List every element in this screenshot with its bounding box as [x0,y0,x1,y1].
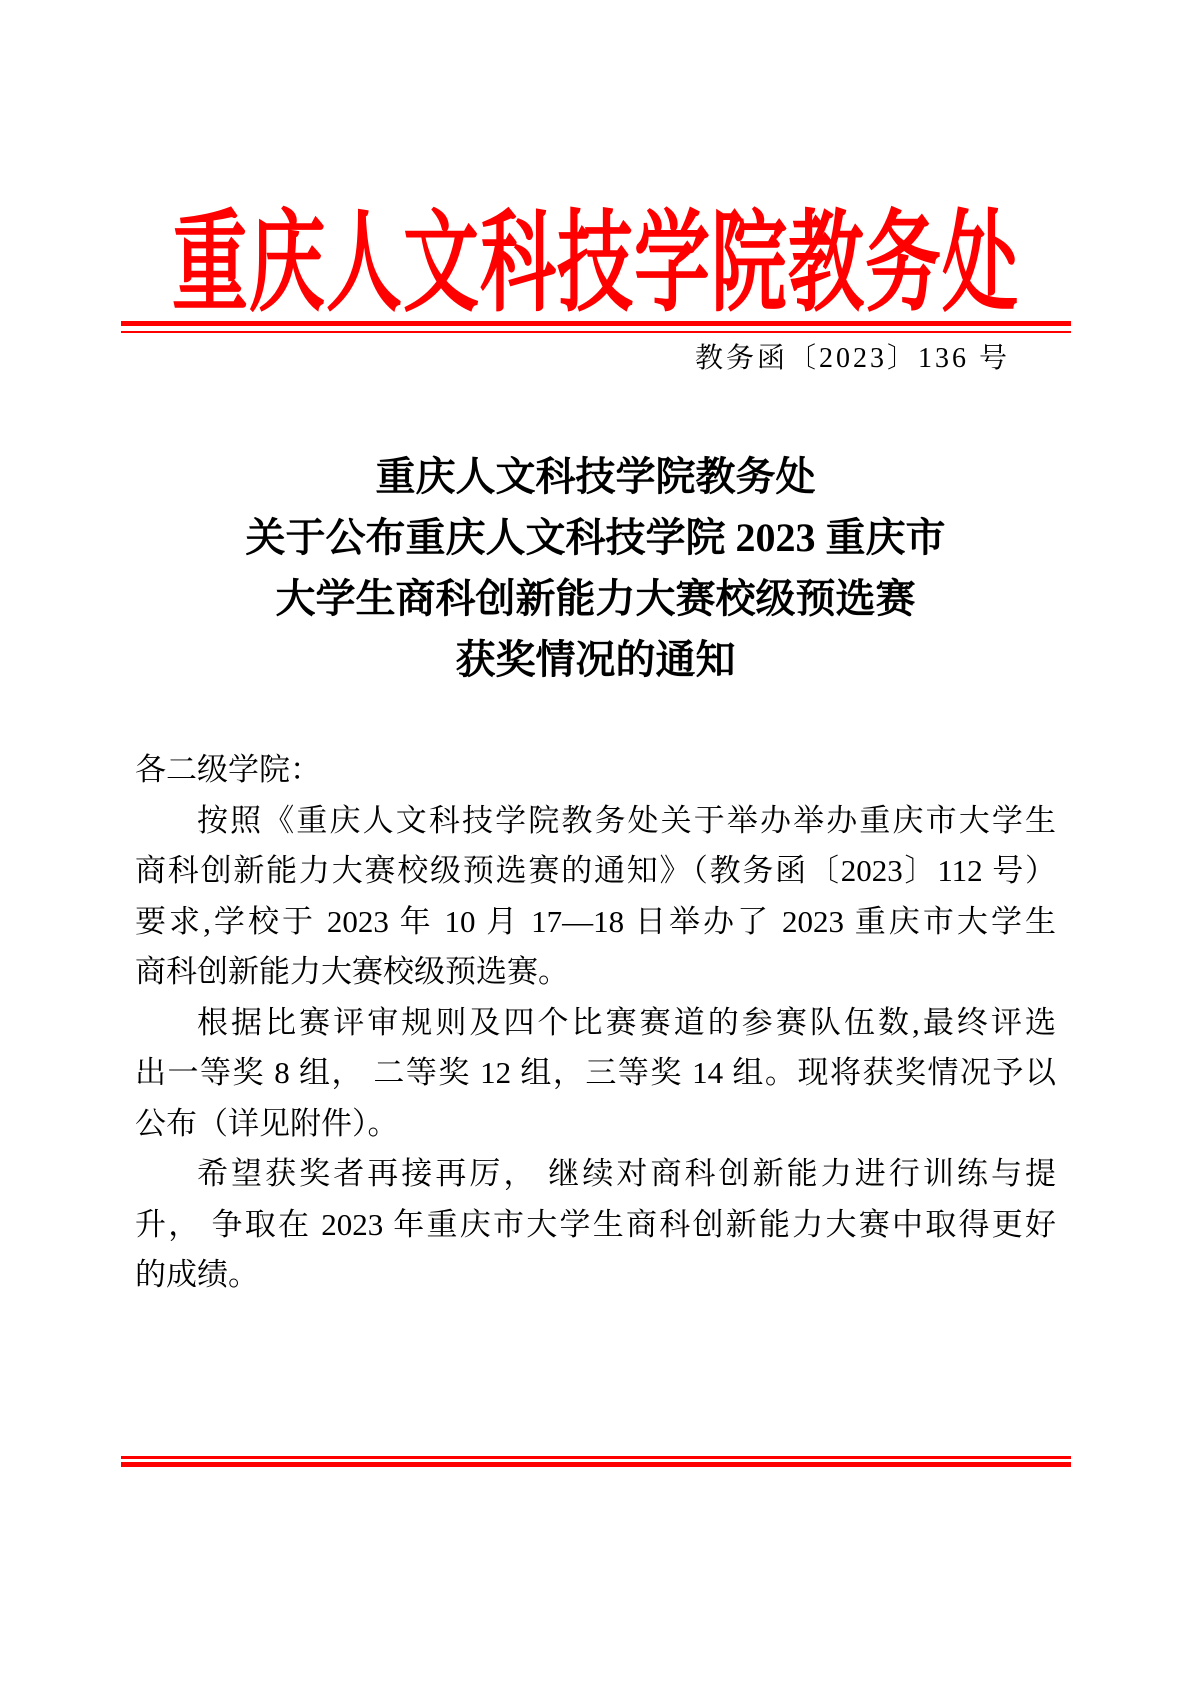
body-line: 希望获奖者再接再厉， 继续对商科创新能力进行训练与提 [135,1149,1056,1200]
letterhead-rule-thick [121,321,1071,326]
letterhead-title: 重庆人文科技学院教务处 [0,175,1191,333]
title-line-1: 重庆人文科技学院教务处 [0,446,1191,507]
body-line: 出一等奖 8 组， 二等奖 12 组，三等奖 14 组。现将获奖情况予以 [135,1048,1056,1099]
footer-rule-thick [121,1462,1071,1467]
title-line-3: 大学生商科创新能力大赛校级预选赛 [0,568,1191,629]
document-body: 各二级学院： 按照《重庆人文科技学院教务处关于举办举办重庆市大学生 商科创新能力… [135,745,1056,1301]
body-line: 的成绩。 [135,1250,1056,1301]
body-line: 公布（详见附件）。 [135,1099,1056,1150]
body-line: 按照《重庆人文科技学院教务处关于举办举办重庆市大学生 [135,796,1056,847]
document-title: 重庆人文科技学院教务处 关于公布重庆人文科技学院 2023 重庆市 大学生商科创… [0,446,1191,690]
body-line: 要求,学校于 2023 年 10 月 17—18 日举办了 2023 重庆市大学… [135,897,1056,948]
title-line-4: 获奖情况的通知 [0,629,1191,690]
body-line: 商科创新能力大赛校级预选赛的通知》（教务函〔2023〕112 号） [135,846,1056,897]
salutation-line: 各二级学院： [135,745,1056,796]
body-line: 根据比赛评审规则及四个比赛赛道的参赛队伍数,最终评选 [135,998,1056,1049]
footer-rule-thin [121,1456,1071,1459]
body-line: 升， 争取在 2023 年重庆市大学生商科创新能力大赛中取得更好 [135,1200,1056,1251]
official-document-page: 重庆人文科技学院教务处 教务函〔2023〕136 号 重庆人文科技学院教务处 关… [0,0,1191,1684]
document-number: 教务函〔2023〕136 号 [695,336,1010,376]
letterhead-rule-thin [121,331,1071,333]
title-line-2: 关于公布重庆人文科技学院 2023 重庆市 [0,507,1191,568]
body-line: 商科创新能力大赛校级预选赛。 [135,947,1056,998]
